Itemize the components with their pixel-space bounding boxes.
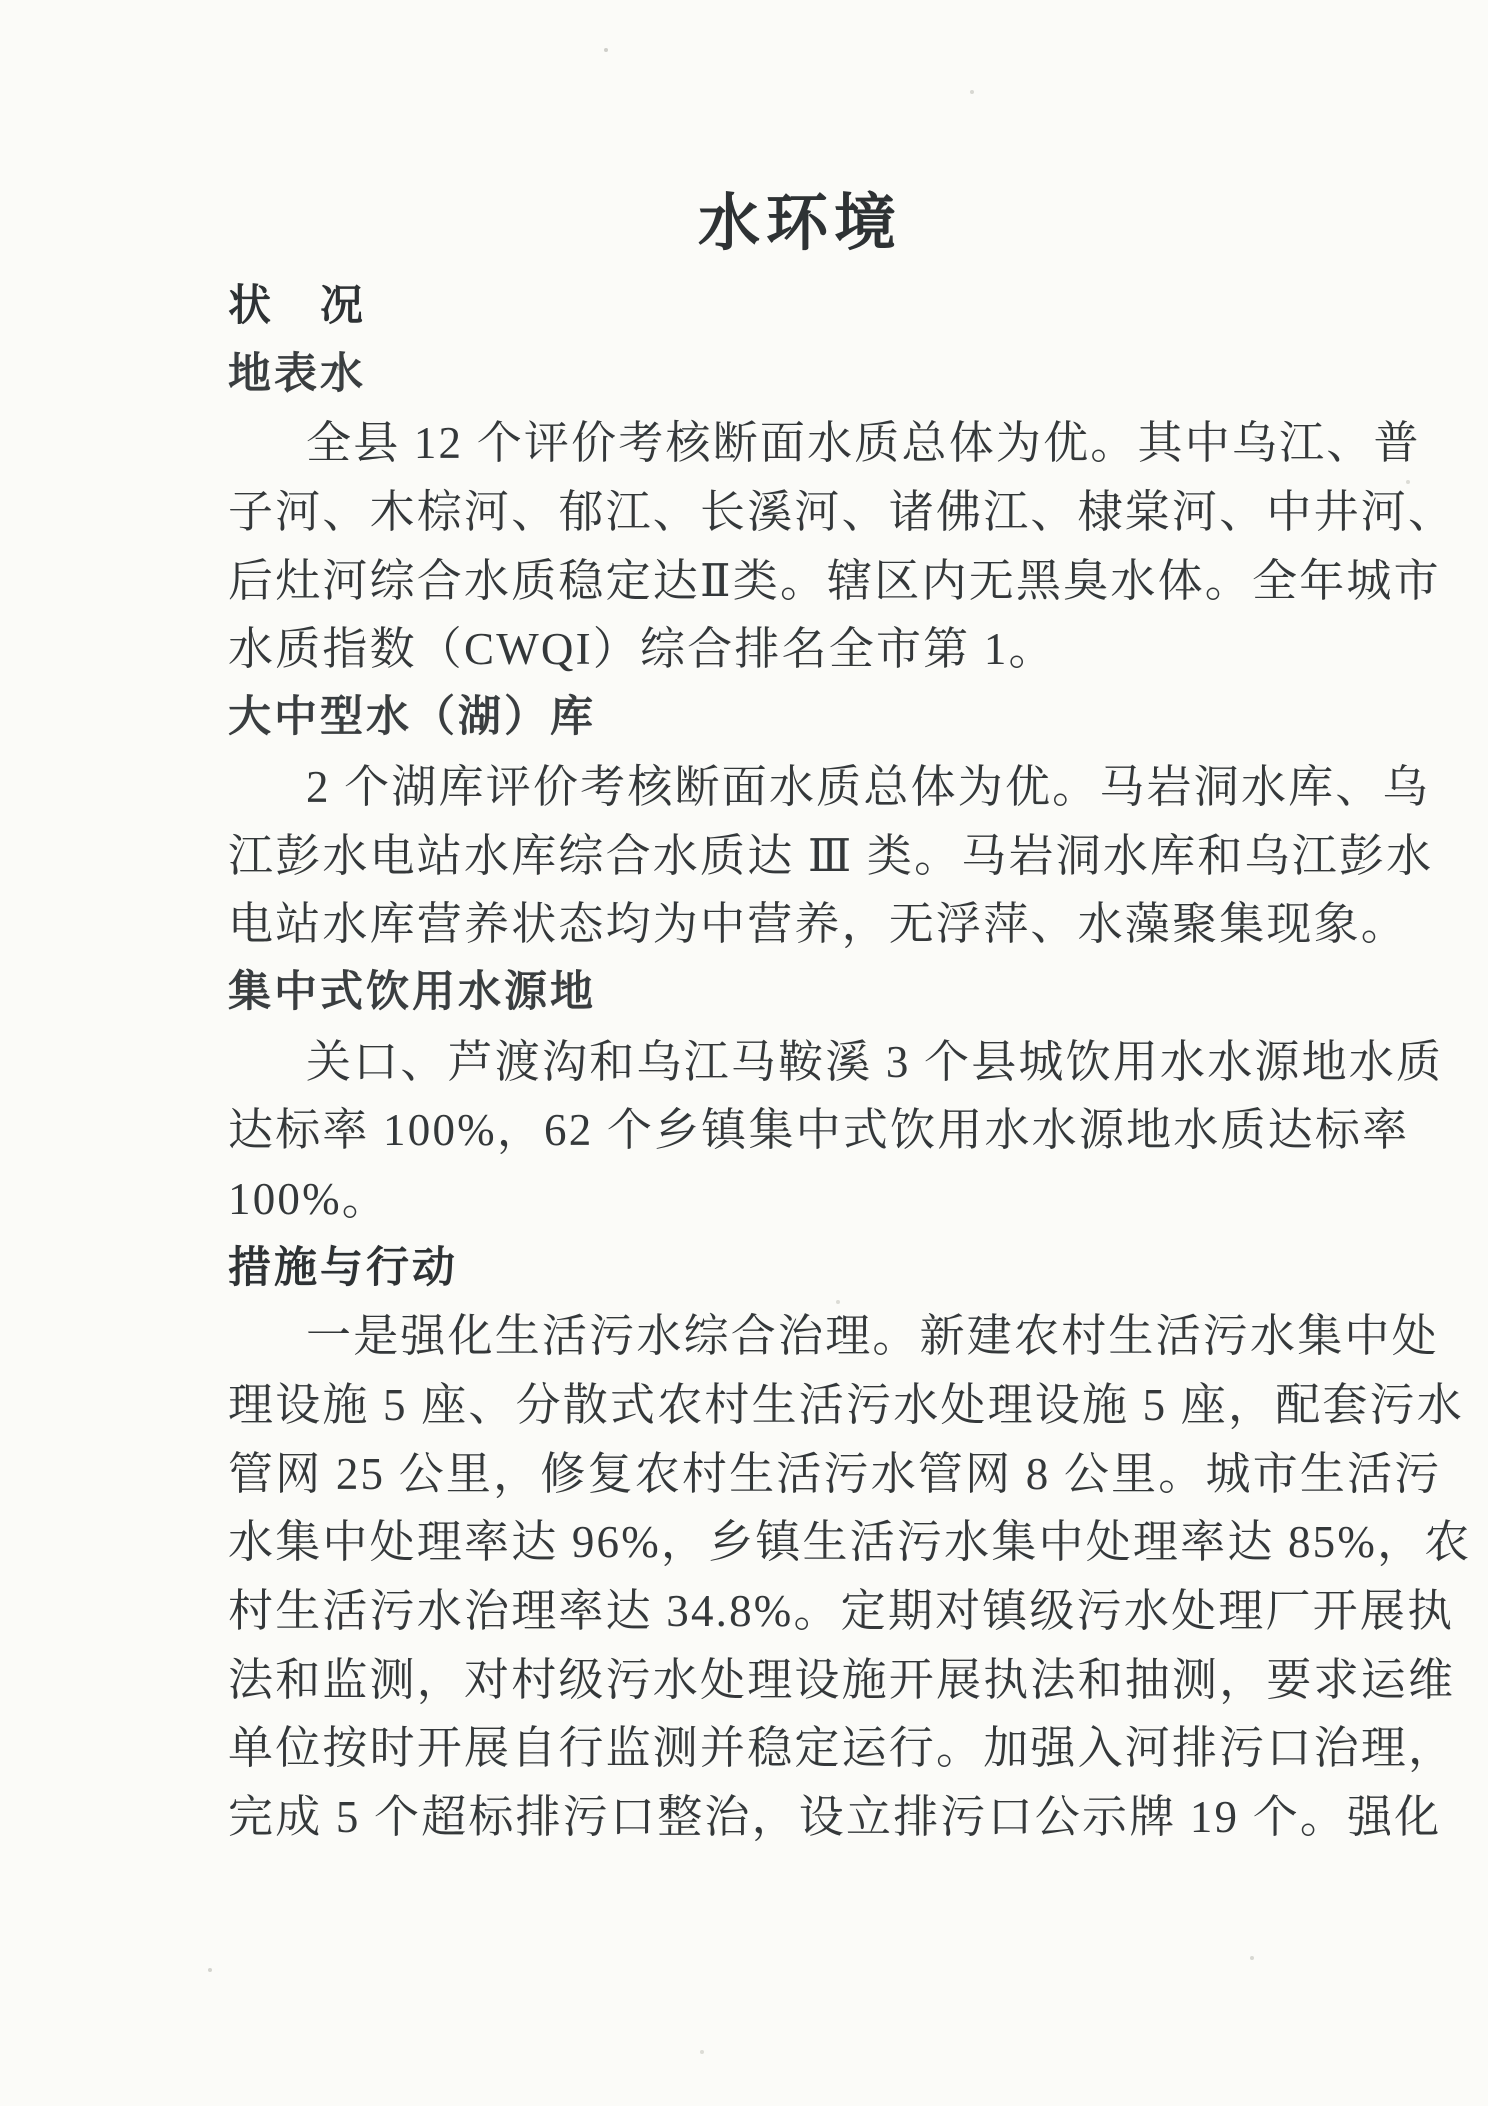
document-body: 状 况地表水全县 12 个评价考核断面水质总体为优。其中乌江、普子河、木棕河、郁… [228,272,1278,1852]
scan-noise [604,48,608,52]
section-heading: 状 况 [228,272,1278,341]
text-line: 江彭水电站水库综合水质达 Ⅲ 类。马岩洞水库和乌江彭水 [228,822,1278,891]
text-line: 子河、木棕河、郁江、长溪河、诸佛江、棣棠河、中井河、 [228,478,1278,547]
text-line: 水质指数（CWQI）综合排名全市第 1。 [228,615,1278,684]
text-line: 水集中处理率达 96%，乡镇生活污水集中处理率达 85%，农 [228,1508,1278,1577]
sub-heading: 大中型水（湖）库 [228,684,1278,753]
sub-heading: 集中式饮用水源地 [228,959,1278,1028]
scanned-document-page: 水环境 状 况地表水全县 12 个评价考核断面水质总体为优。其中乌江、普子河、木… [0,0,1488,2106]
text-line: 法和监测，对村级污水处理设施开展执法和抽测，要求运维 [228,1646,1278,1715]
text-line: 村生活污水治理率达 34.8%。定期对镇级污水处理厂开展执 [228,1577,1278,1646]
text-line: 全县 12 个评价考核断面水质总体为优。其中乌江、普 [228,409,1278,478]
text-line: 电站水库营养状态均为中营养，无浮萍、水藻聚集现象。 [228,890,1278,959]
sub-heading: 地表水 [228,341,1278,410]
text-line: 完成 5 个超标排污口整治，设立排污口公示牌 19 个。强化 [228,1783,1278,1852]
section-heading: 措施与行动 [228,1234,1278,1303]
text-line: 2 个湖库评价考核断面水质总体为优。马岩洞水库、乌 [228,753,1278,822]
text-line: 一是强化生活污水综合治理。新建农村生活污水集中处 [228,1302,1278,1371]
text-line: 达标率 100%，62 个乡镇集中式饮用水水源地水质达标率 [228,1096,1278,1165]
page-title: 水环境 [278,186,1322,262]
text-line: 管网 25 公里，修复农村生活污水管网 8 公里。城市生活污 [228,1440,1278,1509]
text-line: 后灶河综合水质稳定达Ⅱ类。辖区内无黑臭水体。全年城市 [228,547,1278,616]
text-line: 单位按时开展自行监测并稳定运行。加强入河排污口治理， [228,1714,1278,1783]
text-line: 100%。 [228,1165,1278,1234]
text-line: 关口、芦渡沟和乌江马鞍溪 3 个县城饮用水水源地水质 [228,1028,1278,1097]
text-line: 理设施 5 座、分散式农村生活污水处理设施 5 座，配套污水 [228,1371,1278,1440]
